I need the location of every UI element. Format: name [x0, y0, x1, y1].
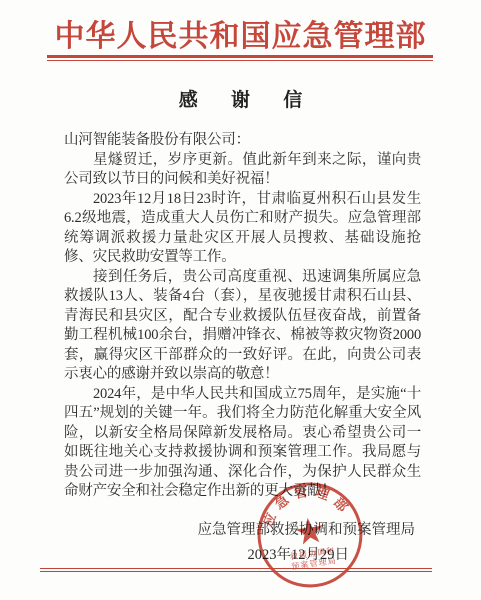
closing-block: 应急管理部救援协调和预案管理局 2023年12月29日	[0, 518, 481, 564]
letter-paragraph: 接到任务后，贵公司高度重视、迅速调集所属应急救援队13人、装备4台（套），星夜驰…	[64, 268, 421, 385]
letter-paragraph: 2024年，是中华人民共和国成立75周年，是实施“十四五”规划的关键一年。我们将…	[64, 385, 421, 502]
signature-org: 应急管理部救援协调和预案管理局	[0, 518, 481, 539]
header-double-rule	[47, 55, 433, 61]
letter-paragraph: 星燧贸迁，岁序更新。值此新年到来之际，谨向贵公司致以节日的问候和美好祝福！	[64, 151, 421, 190]
letter-body: 山河智能装备股份有限公司： 星燧贸迁，岁序更新。值此新年到来之际，谨向贵公司致以…	[64, 131, 421, 502]
letter-paragraph: 2023年12月18日23时许，甘肃临夏州积石山县发生6.2级地震，造成重大人员…	[64, 190, 421, 268]
letter-page: 中华人民共和国应急管理部 感 谢 信 山河智能装备股份有限公司： 星燧贸迁，岁序…	[0, 0, 481, 600]
letter-title: 感 谢 信	[0, 85, 481, 112]
footer-double-rule	[40, 568, 432, 572]
ministry-header: 中华人民共和国应急管理部	[0, 11, 481, 55]
signature-date: 2023年12月29日	[0, 543, 481, 564]
salutation: 山河智能装备股份有限公司：	[64, 131, 421, 151]
